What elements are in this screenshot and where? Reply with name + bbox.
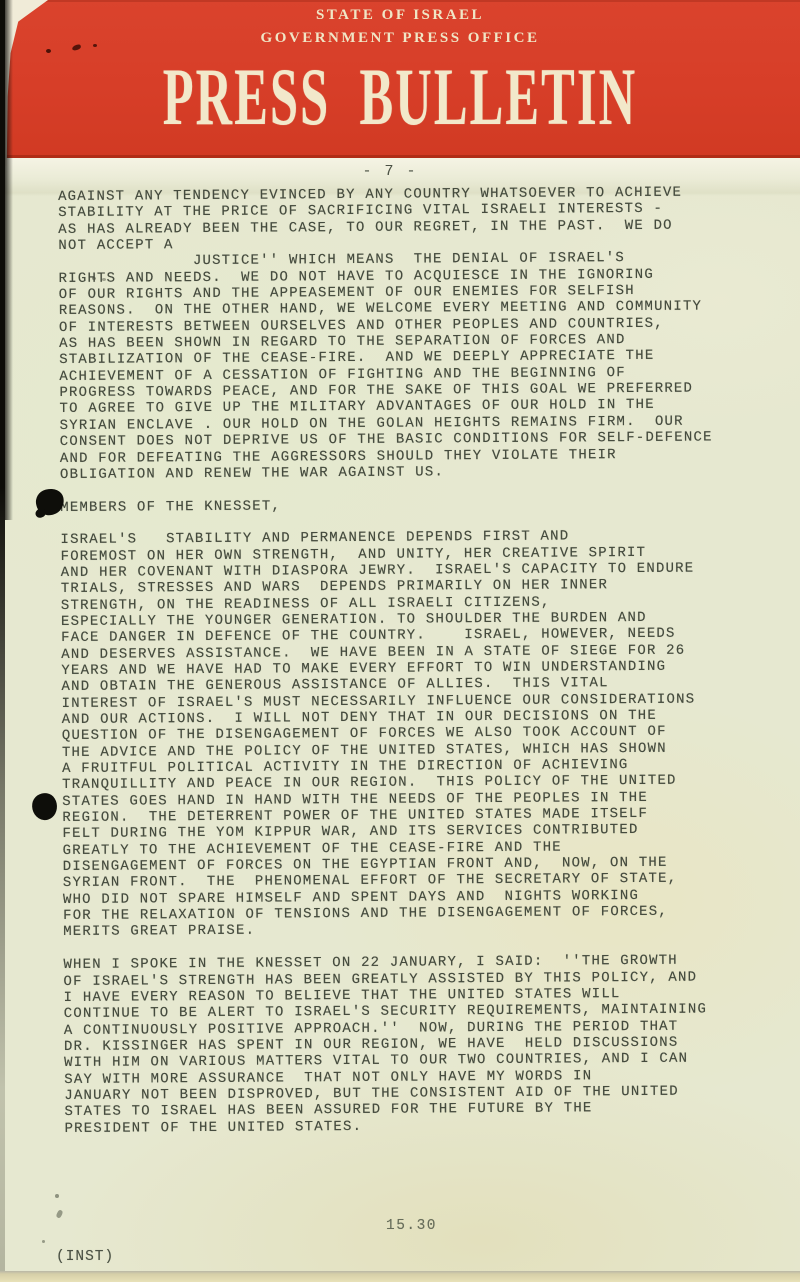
paper-speck	[92, 277, 96, 280]
page-number: - 7 -	[0, 163, 780, 180]
scan-edge-bottom	[0, 1271, 800, 1282]
government-press-office-label: GOVERNMENT PRESS OFFICE	[0, 30, 800, 47]
state-of-israel-label: STATE OF ISRAEL	[0, 7, 800, 24]
paper-speck	[46, 49, 51, 53]
masthead-band: STATE OF ISRAEL GOVERNMENT PRESS OFFICE …	[0, 0, 800, 158]
press-bulletin-title: PRESS BULLETIN	[112, 58, 688, 139]
ink-blot	[30, 791, 59, 821]
paper-speck	[55, 1194, 59, 1198]
inst-label: (INST)	[56, 1249, 114, 1265]
press-bulletin-page: STATE OF ISRAEL GOVERNMENT PRESS OFFICE …	[0, 0, 800, 1282]
paper-speck	[93, 44, 97, 47]
paper-speck	[42, 1240, 45, 1243]
time-label: 15.30	[386, 1218, 437, 1234]
paper-speck	[56, 1209, 64, 1218]
scan-edge-left-dark	[5, 0, 13, 520]
speech-text: AGAINST ANY TENDENCY EVINCED BY ANY COUN…	[58, 184, 718, 1136]
